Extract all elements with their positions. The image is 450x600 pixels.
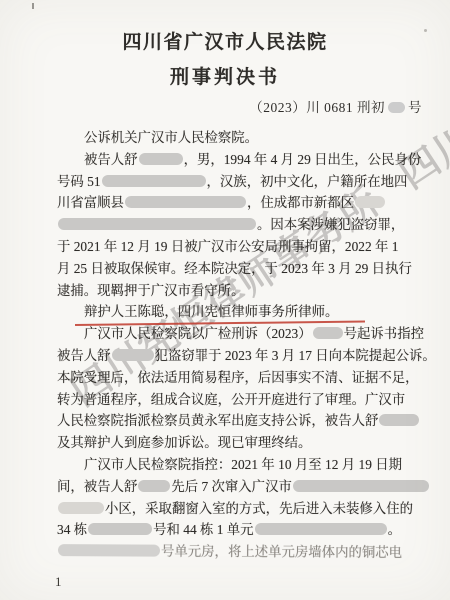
redaction-blob [125,196,246,208]
body-line: 被告人舒，男，1994 年 4 月 29 日出生，公民身份 [57,149,402,171]
body-line: 号单元房，将上述单元房墙体内的铜芯电 [57,540,402,564]
line-text: 。 [388,522,401,537]
body-line: 小区，采取翻窗入室的方式，先后进入未装修入住的 [57,498,402,520]
line-text: 逮捕。现羁押于广汉市看守所。 [57,283,244,298]
line-text: 被告人舒 [84,152,138,167]
redaction-blob [355,196,385,208]
court-name-title: 四川省广汉市人民法院 [0,27,450,54]
body-line: 间，被告人舒先后 7 次窜入广汉市 [57,476,402,498]
body-line: 34 栋号和 44 栋 1 单元。 [57,519,402,541]
line-text: ，汉族，初中文化，户籍所在地四 [207,174,408,189]
redaction-blob [58,544,160,557]
line-text: 被告人舒 [57,348,111,363]
line-text: 间，被告人舒 [57,479,137,494]
line-text: 川省富顺县 [57,195,124,210]
line-text: ，住成都市新都区 [247,195,354,210]
redaction-blob [138,480,170,492]
document-body: 公诉机关广汉市人民检察院。被告人舒，男，1994 年 4 月 29 日出生，公民… [57,127,402,563]
body-line: 广汉市人民检察院指控：2021 年 10 月至 12 月 19 日期 [57,454,402,476]
body-line: 转为普通程序，组成合议庭，公开开庭进行了审理。广汉市 [57,389,402,411]
redaction-blob [388,102,405,113]
line-text: 广汉市人民检察院指控：2021 年 10 月至 12 月 19 日期 [84,457,402,472]
redaction-blob [293,480,429,492]
line-text: 公诉机关广汉市人民检察院。 [84,130,258,145]
line-text: 及其辩护人到庭参加诉讼。现已审理终结。 [57,435,311,450]
line-text: ，男，1994 年 4 月 29 日出生，公民身份 [184,152,422,167]
line-text: 于 2021 年 12 月 19 日被广汉市公安局刑事拘留，2022 年 1 [57,239,398,254]
line-text: 辩护人王陈聪，四川宪恒律师事务所律师。 [84,304,338,319]
redaction-blob [313,327,343,339]
body-line: 广汉市人民检察院以广检刑诉（2023）号起诉书指控 [57,323,402,345]
scan-speck [32,3,34,9]
body-line: 及其辩护人到庭参加诉讼。现已审理终结。 [57,432,402,454]
line-text: 号起诉书指控 [344,326,424,341]
body-line: 号码 51，汉族，初中文化，户籍所在地四 [57,171,402,193]
line-text: 小区，采取翻窗入室的方式，先后进入未装修入住的 [105,501,413,516]
body-line: 逮捕。现羁押于广汉市看守所。 [57,280,402,302]
case-number-suffix: 号 [408,100,422,115]
document-type-title: 刑事判决书 [0,62,450,89]
line-text: 34 栋 [57,522,87,537]
line-text: 犯盗窃罪于 2023 年 3 月 17 日向本院提起公诉。 [155,348,436,363]
line-text: 号码 51 [57,174,101,189]
line-text: 月 25 日被取保候审。经本院决定，于 2023 年 3 月 29 日执行 [57,261,412,276]
case-number-prefix: （2023）川 0681 刑初 [249,100,385,115]
redaction-blob [139,153,183,165]
body-line: 本院受理后，依法适用简易程序，后因事实不清、证据不足， [57,367,402,389]
body-line: 月 25 日被取保候审。经本院决定，于 2023 年 3 月 29 日执行 [57,258,402,280]
page-number: 1 [55,574,62,590]
line-text: 本院受理后，依法适用简易程序，后因事实不清、证据不足， [57,370,419,385]
body-line: 于 2021 年 12 月 19 日被广汉市公安局刑事拘留，2022 年 1 [57,236,402,258]
redaction-blob [112,349,154,361]
body-line: 被告人舒犯盗窃罪于 2023 年 3 月 17 日向本院提起公诉。 [57,345,402,367]
body-line: 公诉机关广汉市人民检察院。 [57,127,402,149]
redaction-blob [58,502,104,514]
body-line: 人民检察院指派检察员黄永军出庭支持公诉，被告人舒 [57,410,402,432]
redaction-blob [102,175,206,187]
line-text: 。因本案涉嫌犯盗窃罪， [257,217,404,232]
redaction-blob [379,414,419,426]
redaction-blob [255,523,387,535]
body-line: 川省富顺县，住成都市新都区 [57,192,402,214]
redaction-blob [58,218,256,230]
line-text: 广汉市人民检察院以广检刑诉（2023） [84,326,312,341]
line-text: 号单元房，将上述单元房墙体内的铜芯电 [161,544,402,560]
case-number: （2023）川 0681 刑初号 [249,96,422,116]
redaction-blob [88,523,152,535]
scanned-judgment-page: 四川宪恒律师事务所四川宪恒律师事务所 四川省广汉市人民法院 刑事判决书 （202… [0,0,450,600]
line-text: 转为普通程序，组成合议庭，公开开庭进行了审理。广汉市 [57,392,405,407]
line-text: 号和 44 栋 1 单元 [153,522,253,537]
line-text: 先后 7 次窜入广汉市 [171,479,292,494]
line-text: 人民检察院指派检察员黄永军出庭支持公诉，被告人舒 [57,413,378,428]
body-line: 辩护人王陈聪，四川宪恒律师事务所律师。 [57,301,402,323]
body-line: 。因本案涉嫌犯盗窃罪， [57,214,402,236]
